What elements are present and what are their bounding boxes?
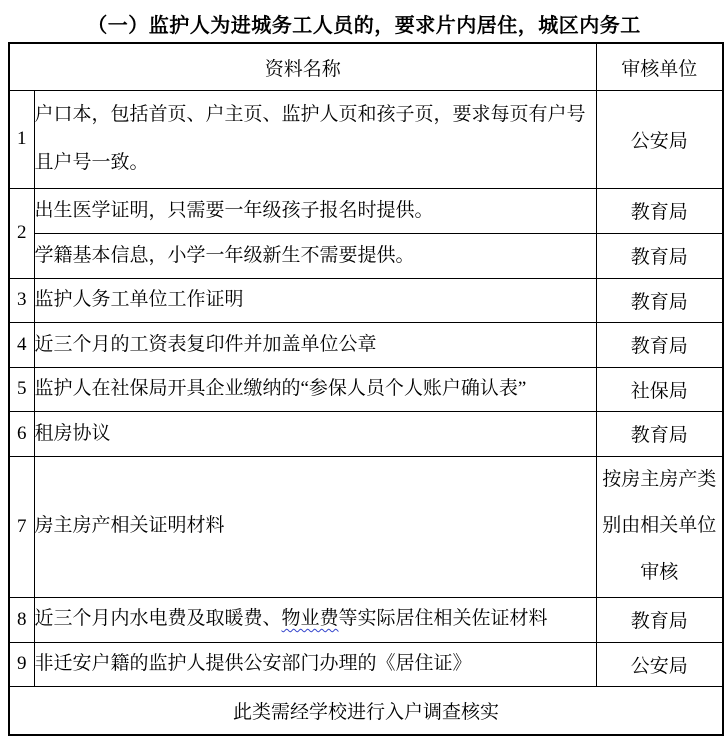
review-unit: 按房主房产类别由相关单位审核: [596, 456, 723, 597]
table-row: 3 监护人务工单位工作证明 教育局: [9, 278, 723, 322]
material-name: 房主房产相关证明材料: [34, 456, 596, 597]
document-page: （一）监护人为进城务工人员的，要求片内居住，城区内务工 资料名称 审核单位 1 …: [0, 0, 728, 746]
footer-note: 此类需经学校进行入户调查核实: [9, 686, 723, 735]
row-number: 1: [9, 91, 34, 189]
review-unit: 教育局: [596, 188, 723, 233]
review-unit: 社保局: [596, 367, 723, 411]
row-number: 8: [9, 597, 34, 642]
material-name: 近三个月的工资表复印件并加盖单位公章: [34, 322, 596, 367]
row-number: 7: [9, 456, 34, 597]
row-number: 2: [9, 188, 34, 278]
table-header-row: 资料名称 审核单位: [9, 43, 723, 91]
material-name-text: 近三个月内水电费及取暖费、: [35, 608, 282, 629]
review-unit: 教育局: [596, 597, 723, 642]
column-header-review-unit: 审核单位: [596, 43, 723, 91]
column-header-material-name: 资料名称: [9, 43, 596, 91]
review-unit: 教育局: [596, 411, 723, 456]
row-number: 9: [9, 642, 34, 686]
material-name-text: 等实际居住相关佐证材料: [339, 608, 548, 629]
table-row: 7 房主房产相关证明材料 按房主房产类别由相关单位审核: [9, 456, 723, 597]
table-row: 2 出生医学证明，只需要一年级孩子报名时提供。 教育局: [9, 188, 723, 233]
table-row: 9 非迁安户籍的监护人提供公安部门办理的《居住证》 公安局: [9, 642, 723, 686]
row-number: 3: [9, 278, 34, 322]
requirements-table: 资料名称 审核单位 1 户口本，包括首页、户主页、监护人页和孩子页，要求每页有户…: [8, 42, 724, 736]
material-name: 非迁安户籍的监护人提供公安部门办理的《居住证》: [34, 642, 596, 686]
row-number: 5: [9, 367, 34, 411]
page-title: （一）监护人为进城务工人员的，要求片内居住，城区内务工: [0, 0, 728, 42]
table-row: 6 租房协议 教育局: [9, 411, 723, 456]
table-row: 1 户口本，包括首页、户主页、监护人页和孩子页，要求每页有户号且户号一致。 公安…: [9, 91, 723, 189]
material-name: 户口本，包括首页、户主页、监护人页和孩子页，要求每页有户号且户号一致。: [34, 91, 596, 189]
review-unit: 教育局: [596, 278, 723, 322]
material-name: 监护人在社保局开具企业缴纳的“参保人员个人账户确认表”: [34, 367, 596, 411]
spellcheck-underlined-text: 物业费: [282, 608, 339, 629]
material-name: 学籍基本信息，小学一年级新生不需要提供。: [34, 233, 596, 278]
review-unit: 公安局: [596, 642, 723, 686]
review-unit: 公安局: [596, 91, 723, 189]
material-name: 监护人务工单位工作证明: [34, 278, 596, 322]
table-row: 4 近三个月的工资表复印件并加盖单位公章 教育局: [9, 322, 723, 367]
row-number: 6: [9, 411, 34, 456]
table-row: 学籍基本信息，小学一年级新生不需要提供。 教育局: [9, 233, 723, 278]
table-footer-row: 此类需经学校进行入户调查核实: [9, 686, 723, 735]
material-name: 出生医学证明，只需要一年级孩子报名时提供。: [34, 188, 596, 233]
table-row: 5 监护人在社保局开具企业缴纳的“参保人员个人账户确认表” 社保局: [9, 367, 723, 411]
row-number: 4: [9, 322, 34, 367]
review-unit: 教育局: [596, 233, 723, 278]
review-unit: 教育局: [596, 322, 723, 367]
material-name: 租房协议: [34, 411, 596, 456]
material-name: 近三个月内水电费及取暖费、物业费等实际居住相关佐证材料: [34, 597, 596, 642]
table-row: 8 近三个月内水电费及取暖费、物业费等实际居住相关佐证材料 教育局: [9, 597, 723, 642]
